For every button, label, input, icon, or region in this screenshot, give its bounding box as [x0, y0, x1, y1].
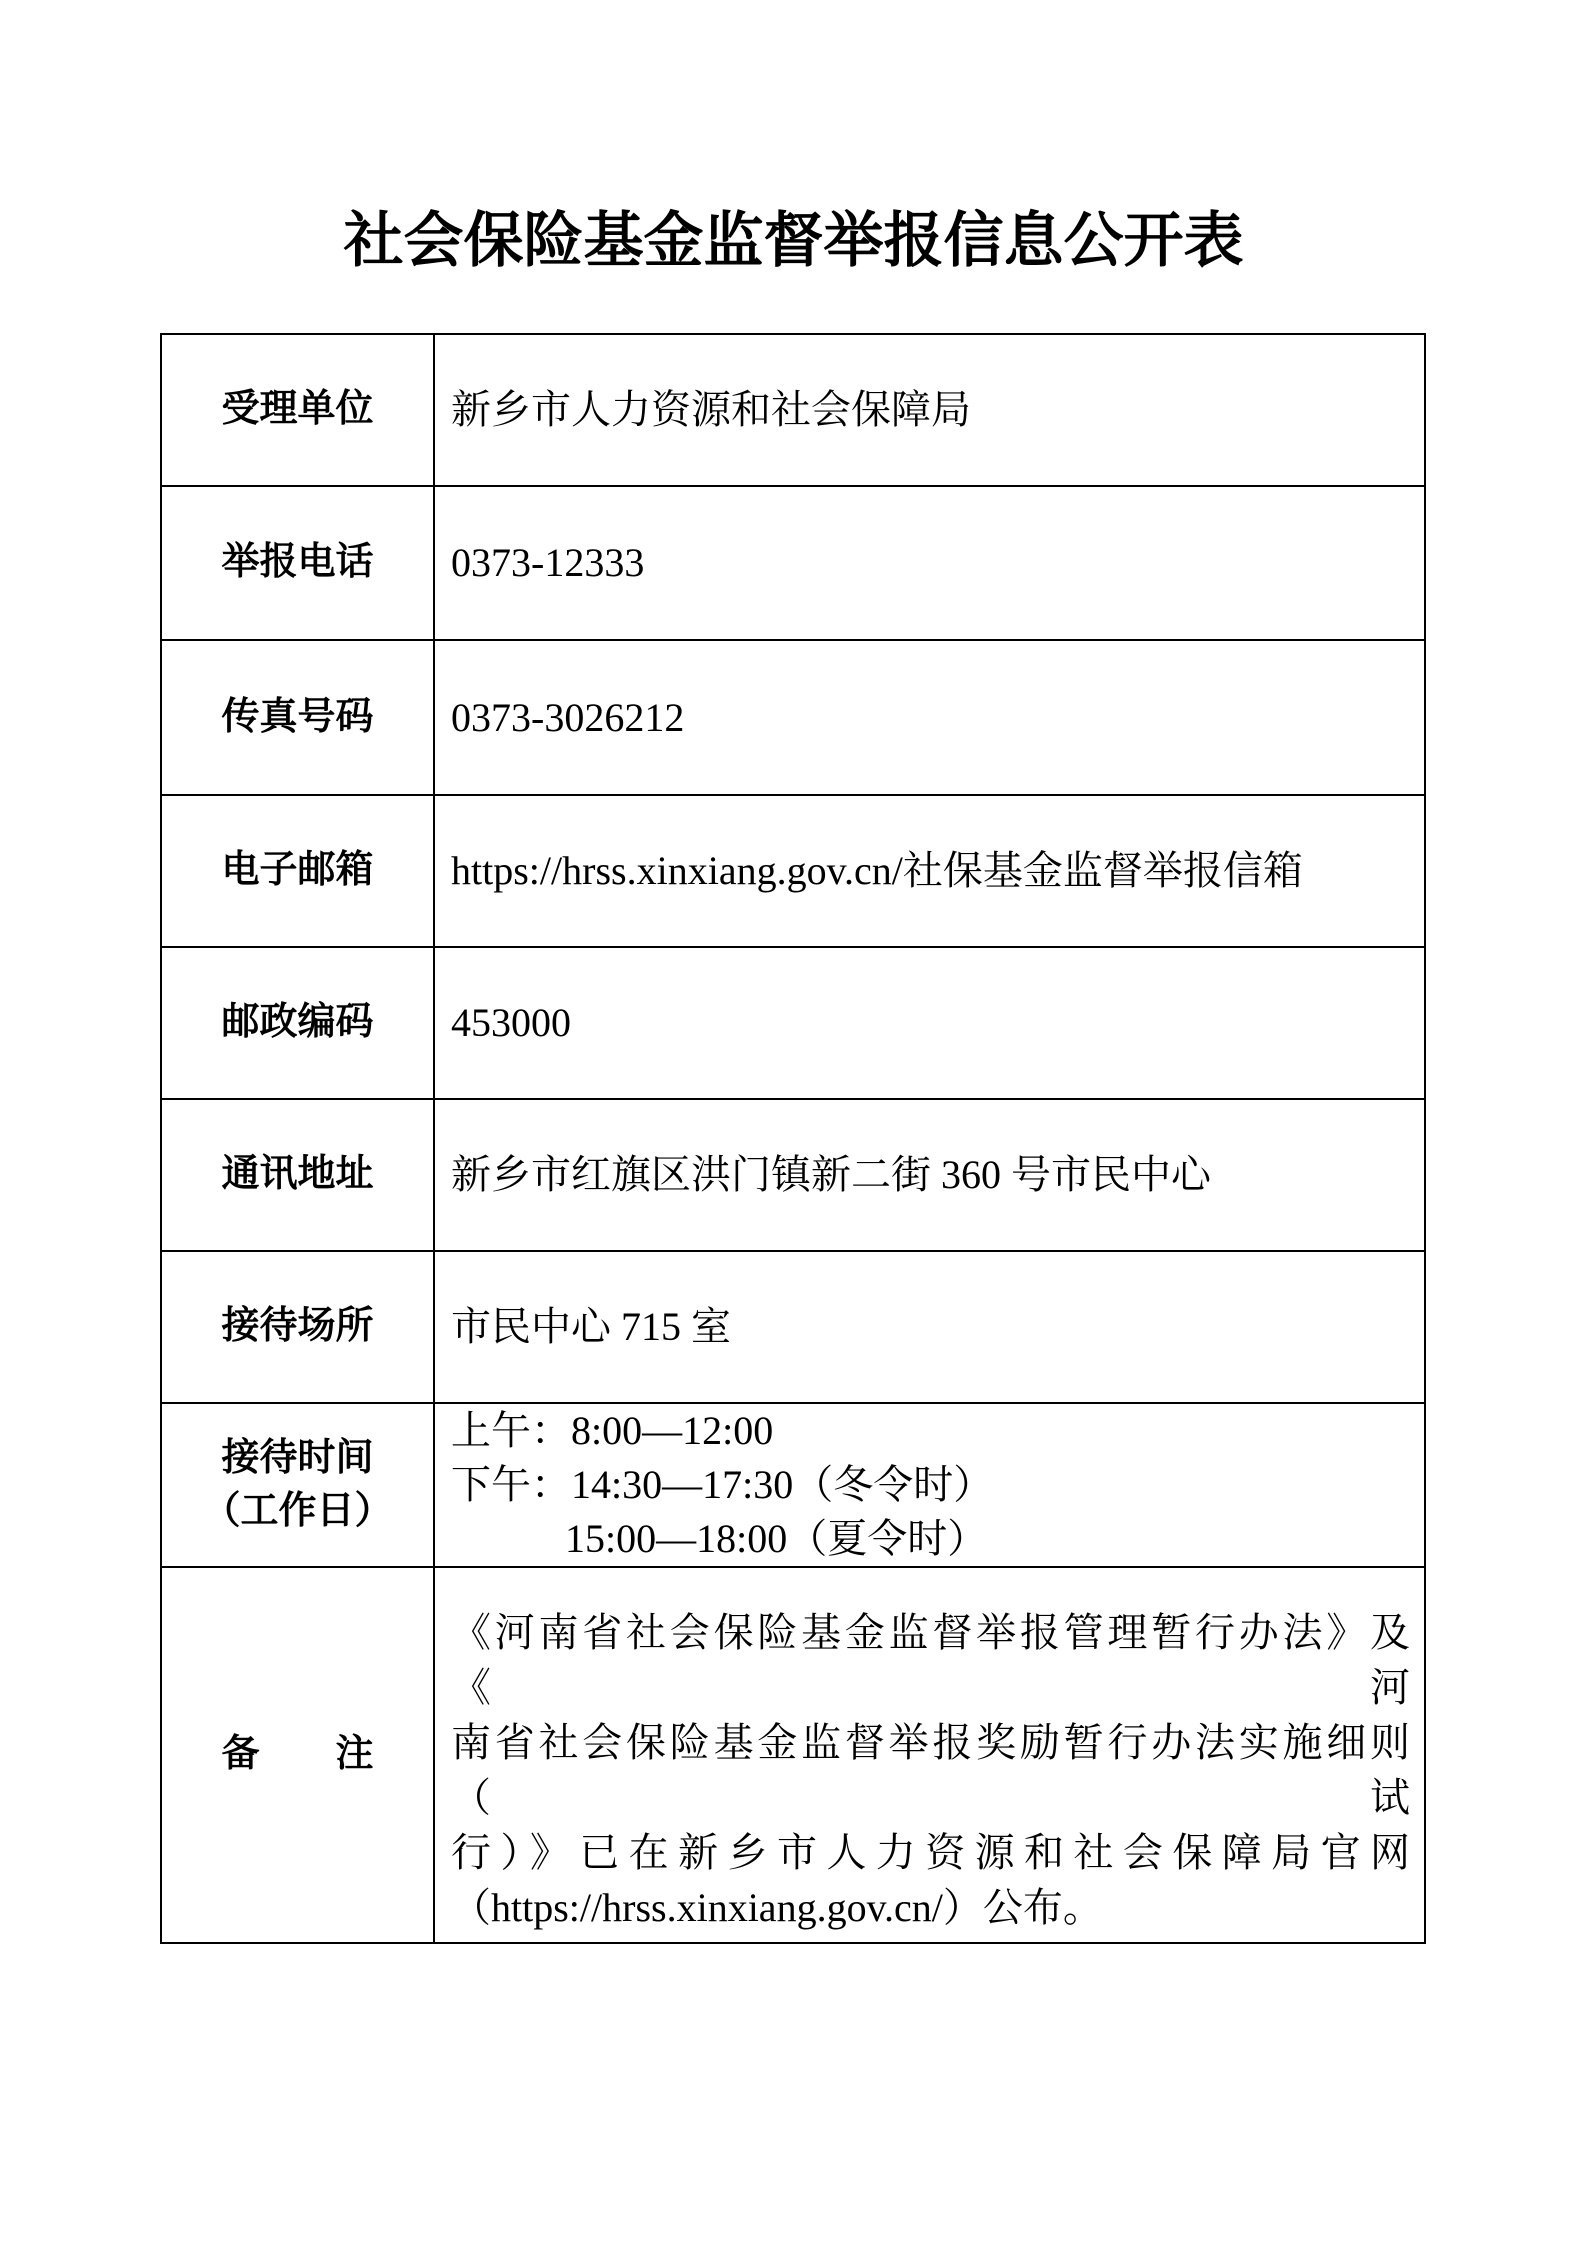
schedule-morning: 上午：8:00—12:00: [451, 1404, 1410, 1458]
label-reception-time: 接待时间 （工作日）: [161, 1403, 434, 1567]
label-mailing-address: 通讯地址: [161, 1099, 434, 1251]
value-remarks: 《河南省社会保险基金监督举报管理暂行办法》及《河 南省社会保险基金监督举报奖励暂…: [434, 1567, 1425, 1943]
table-row-remarks: 备 注 《河南省社会保险基金监督举报管理暂行办法》及《河 南省社会保险基金监督举…: [161, 1567, 1425, 1943]
remark-line-1: 《河南省社会保险基金监督举报管理暂行办法》及《河: [451, 1605, 1410, 1715]
label-fax-number: 传真号码: [161, 640, 434, 795]
table-row-reception-time: 接待时间 （工作日） 上午：8:00—12:00 下午：14:30—17:30（…: [161, 1403, 1425, 1567]
value-reception-place: 市民中心 715 室: [434, 1251, 1425, 1403]
value-report-phone: 0373-12333: [434, 486, 1425, 640]
label-report-phone: 举报电话: [161, 486, 434, 640]
table-row-accepting-unit: 受理单位 新乡市人力资源和社会保障局: [161, 334, 1425, 486]
value-accepting-unit: 新乡市人力资源和社会保障局: [434, 334, 1425, 486]
table-row-mailing-address: 通讯地址 新乡市红旗区洪门镇新二街 360 号市民中心: [161, 1099, 1425, 1251]
page-title: 社会保险基金监督举报信息公开表: [0, 205, 1587, 277]
table-row-reception-place: 接待场所 市民中心 715 室: [161, 1251, 1425, 1403]
table-row-report-phone: 举报电话 0373-12333: [161, 486, 1425, 640]
schedule-afternoon-winter: 下午：14:30—17:30（冬令时）: [451, 1458, 1410, 1512]
remark-line-4: （https://hrss.xinxiang.gov.cn/）公布。: [451, 1880, 1410, 1935]
schedule-afternoon-summer: 15:00—18:00（夏令时）: [451, 1512, 1410, 1566]
label-reception-place: 接待场所: [161, 1251, 434, 1403]
value-reception-time: 上午：8:00—12:00 下午：14:30—17:30（冬令时） 15:00—…: [434, 1403, 1425, 1567]
value-fax-number: 0373-3026212: [434, 640, 1425, 795]
label-remarks: 备 注: [161, 1567, 434, 1943]
remark-line-2: 南省社会保险基金监督举报奖励暂行办法实施细则（试: [451, 1715, 1410, 1825]
label-accepting-unit: 受理单位: [161, 334, 434, 486]
remark-line-3: 行）》已在新乡市人力资源和社会保障局官网: [451, 1825, 1410, 1880]
label-email: 电子邮箱: [161, 795, 434, 947]
document-page: 社会保险基金监督举报信息公开表 受理单位 新乡市人力资源和社会保障局 举报电话 …: [0, 0, 1587, 2245]
table-row-fax-number: 传真号码 0373-3026212: [161, 640, 1425, 795]
table-row-email: 电子邮箱 https://hrss.xinxiang.gov.cn/社保基金监督…: [161, 795, 1425, 947]
value-email: https://hrss.xinxiang.gov.cn/社保基金监督举报信箱: [434, 795, 1425, 947]
label-postal-code: 邮政编码: [161, 947, 434, 1099]
table-row-postal-code: 邮政编码 453000: [161, 947, 1425, 1099]
info-table: 受理单位 新乡市人力资源和社会保障局 举报电话 0373-12333 传真号码 …: [160, 333, 1426, 1944]
value-postal-code: 453000: [434, 947, 1425, 1099]
value-mailing-address: 新乡市红旗区洪门镇新二街 360 号市民中心: [434, 1099, 1425, 1251]
